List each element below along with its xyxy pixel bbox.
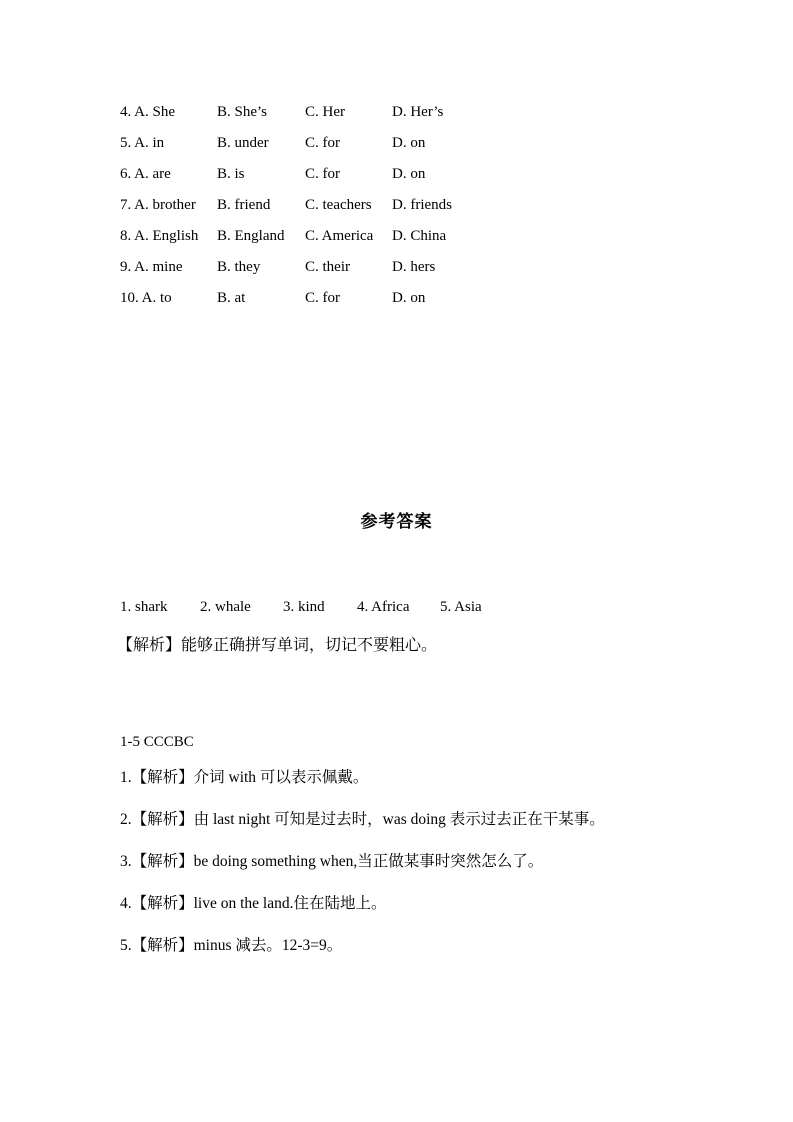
word-answer: 2. whale [200, 599, 283, 616]
word-answer: 5. Asia [440, 599, 482, 616]
option-cell: 9. A. mine [120, 252, 217, 283]
option-cell: 7. A. brother [120, 190, 217, 221]
question-row: 5. A. in B. under C. for D. on [120, 128, 720, 159]
option-cell: D. on [392, 159, 720, 190]
option-cell: B. England [217, 221, 305, 252]
analysis-item: 5.【解析】minus 减去。12-3=9。 [120, 937, 740, 954]
question-row: 8. A. English B. England C. America D. C… [120, 221, 720, 252]
option-cell: 4. A. She [120, 97, 217, 128]
word-answer: 4. Africa [357, 599, 440, 616]
option-cell: D. China [392, 221, 720, 252]
analysis-item: 4.【解析】live on the land.住在陆地上。 [120, 895, 740, 912]
question-row: 9. A. mine B. they C. their D. hers [120, 252, 720, 283]
option-cell: D. on [392, 128, 720, 159]
option-cell: C. Her [305, 97, 392, 128]
option-cell: 10. A. to [120, 283, 217, 314]
question-row: 6. A. are B. is C. for D. on [120, 159, 720, 190]
document-page: 4. A. She B. She’s C. Her D. Her’s 5. A.… [0, 0, 793, 1122]
option-cell: D. on [392, 283, 720, 314]
option-cell: D. Her’s [392, 97, 720, 128]
option-cell: C. their [305, 252, 392, 283]
option-cell: 5. A. in [120, 128, 217, 159]
answers-section-heading: 参考答案 [0, 507, 793, 532]
analysis-item: 3.【解析】be doing something when,当正做某事时突然怎么… [120, 853, 740, 870]
analysis-list: 1.【解析】介词 with 可以表示佩戴。 2.【解析】由 last night… [120, 769, 740, 979]
question-row: 7. A. brother B. friend C. teachers D. f… [120, 190, 720, 221]
option-cell: B. friend [217, 190, 305, 221]
analysis-item: 2.【解析】由 last night 可知是过去时，was doing 表示过去… [120, 811, 740, 828]
option-cell: C. for [305, 159, 392, 190]
option-cell: C. teachers [305, 190, 392, 221]
word-answer: 3. kind [283, 599, 357, 616]
question-row: 4. A. She B. She’s C. Her D. Her’s [120, 97, 720, 128]
analysis-item: 1.【解析】介词 with 可以表示佩戴。 [120, 769, 740, 786]
option-cell: C. for [305, 128, 392, 159]
option-cell: C. America [305, 221, 392, 252]
option-cell: D. hers [392, 252, 720, 283]
question-row: 10. A. to B. at C. for D. on [120, 283, 720, 314]
option-cell: B. they [217, 252, 305, 283]
multiple-choice-questions: 4. A. She B. She’s C. Her D. Her’s 5. A.… [120, 97, 720, 314]
option-cell: 6. A. are [120, 159, 217, 190]
multiple-choice-answer-key: 1-5 CCCBC [120, 734, 194, 751]
word-answers-analysis: 【解析】能够正确拼写单词，切记不要粗心。 [117, 632, 437, 655]
option-cell: B. is [217, 159, 305, 190]
option-cell: B. She’s [217, 97, 305, 128]
option-cell: C. for [305, 283, 392, 314]
word-answer: 1. shark [120, 599, 200, 616]
word-answers-row: 1. shark2. whale3. kind4. Africa5. Asia [120, 599, 482, 616]
option-cell: B. at [217, 283, 305, 314]
option-cell: B. under [217, 128, 305, 159]
option-cell: D. friends [392, 190, 720, 221]
option-cell: 8. A. English [120, 221, 217, 252]
